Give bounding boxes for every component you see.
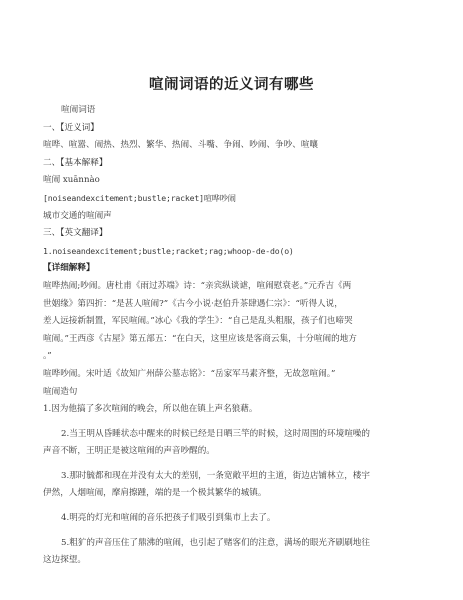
sentence-line: 4.明亮的灯光和喧闹的音乐把孩子们吸引到集市上去了。 bbox=[43, 510, 421, 528]
translation-heading: 三、【英文翻译】 bbox=[43, 225, 421, 243]
detail-line: 喧哗热闹;吵闹。唐杜甫《雨过苏端》诗：“亲宾纵谈谑，喧闹慰衰老。”元乔吉《两 bbox=[43, 278, 421, 296]
sentence-line: 5.粗犷的声音压住了鼎沸的喧闹，也引起了赌客们的注意，满场的眼光齐刷刷地往 bbox=[43, 535, 421, 553]
basic-heading: 二、【基本解释】 bbox=[43, 155, 421, 173]
sentence-line: 2.当王明从昏睡状态中醒来的时候已经是日晒三竿的时候，这时周围的环境喧噪的 bbox=[43, 426, 421, 444]
sentence-item: 2.当王明从昏睡状态中醒来的时候已经是日晒三竿的时候，这时周围的环境喧噪的 声音… bbox=[43, 426, 421, 461]
detail-line: 世姻缘》第四折：“是甚人喧闹?”《古今小说·赵伯升茶肆遇仁宗》：“听得人说， bbox=[43, 296, 421, 314]
document-page: 喧闹词语的近义词有哪些 喧闹词语 一、【近义词】 喧哗、喧嚣、闹热、热烈、繁华、… bbox=[0, 0, 463, 600]
synonyms-heading: 一、【近义词】 bbox=[43, 120, 421, 138]
synonyms-text: 喧哗、喧嚣、闹热、热烈、繁华、热闹、斗嘴、争闹、吵闹、争吵、喧嚷 bbox=[43, 137, 421, 155]
detail-line: 。” bbox=[43, 348, 421, 366]
sentence-line: 伊然，人烟喧闹，摩肩擦踵，端的是一个极其繁华的城镇。 bbox=[43, 485, 421, 503]
sentence-line: 3.那时毓都和现在并没有太大的差别，一条宽敞平坦的主道，街边店铺林立，楼宇 bbox=[43, 468, 421, 486]
sentence-item: 5.粗犷的声音压住了鼎沸的喧闹，也引起了赌客们的注意，满场的眼光齐刷刷地往 这边… bbox=[43, 535, 421, 570]
sentence-item: 4.明亮的灯光和喧闹的音乐把孩子们吸引到集市上去了。 bbox=[43, 510, 421, 528]
detail-heading: 【详细解释】 bbox=[43, 260, 421, 278]
sentence-item: 1.因为他搞了多次喧闹的晚会，所以他在镇上声名狼藉。 bbox=[43, 401, 421, 419]
detail-line: 差人远接新制置，军民喧闹。”冰心《我的学生》：“自己是乱头粗服，孩子们也啼哭 bbox=[43, 313, 421, 331]
sentence-item: 3.那时毓都和现在并没有太大的差别，一条宽敞平坦的主道，街边店铺林立，楼宇 伊然… bbox=[43, 468, 421, 503]
sentence-line: 这边探望。 bbox=[43, 552, 421, 570]
basic-pinyin: 喧闹 xuānnào bbox=[43, 172, 421, 190]
document-subtitle: 喧闹词语 bbox=[43, 102, 421, 120]
document-body: 喧闹词语 一、【近义词】 喧哗、喧嚣、闹热、热烈、繁华、热闹、斗嘴、争闹、吵闹、… bbox=[43, 102, 421, 570]
document-title: 喧闹词语的近义词有哪些 bbox=[0, 73, 463, 94]
detail-line: 喧哗吵闹。宋叶适《故知广州薛公墓志铭》：“岳家军马素齐整，无故忽喧闹。” bbox=[43, 366, 421, 384]
basic-english-definition: [noiseandexcitement;bustle;racket]喧哗吵闹 bbox=[43, 190, 421, 208]
sentence-line: 声音不断，王明正是被这喧闹的声音吵醒的。 bbox=[43, 443, 421, 461]
sentences-heading: 喧闹造句 bbox=[43, 384, 421, 402]
basic-example: 城市交通的喧闹声 bbox=[43, 208, 421, 226]
translation-text: 1.noiseandexcitement;bustle;racket;rag;w… bbox=[43, 243, 421, 261]
detail-line: 喧闹。”王西彦《古屋》第五部五：“在白天，这里应该是客商云集，十分喧闹的地方 bbox=[43, 331, 421, 349]
sentence-line: 1.因为他搞了多次喧闹的晚会，所以他在镇上声名狼藉。 bbox=[43, 401, 421, 419]
